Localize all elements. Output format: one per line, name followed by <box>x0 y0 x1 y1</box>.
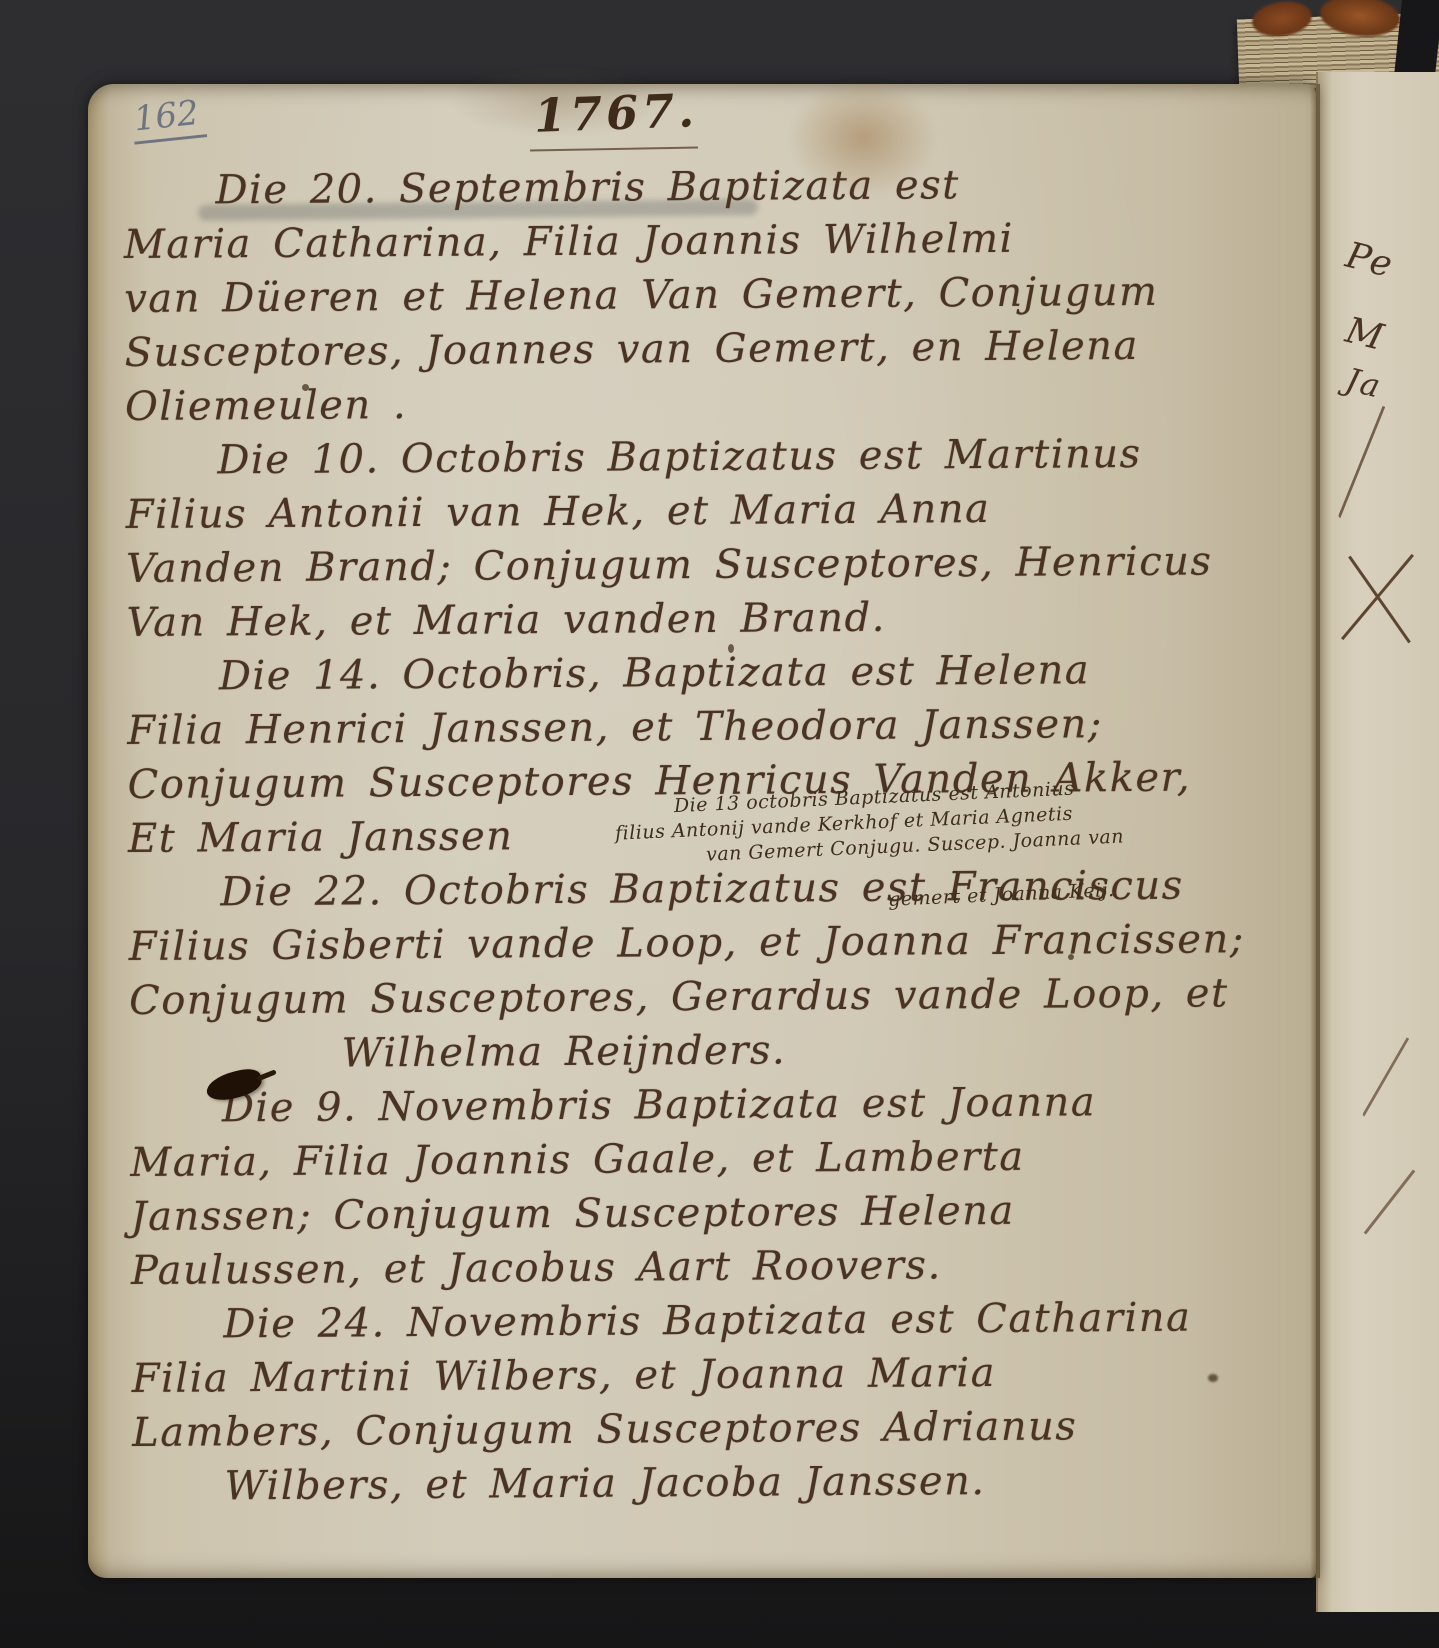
manuscript-line: Filius Gisberti vande Loop, et Joanna Fr… <box>129 912 1279 974</box>
manuscript-line: van Düeren et Helena Van Gemert, Conjugu… <box>124 264 1274 326</box>
manuscript-line: Die 10. Octobris Baptizatus est Martinus <box>217 426 1275 487</box>
manuscript-line: Van Hek, et Maria vanden Brand. <box>126 588 1276 650</box>
manuscript-line: Filia Henrici Janssen, et Theodora Janss… <box>127 696 1277 758</box>
manuscript-line: Die 14. Octobris, Baptizata est Helena <box>219 642 1277 703</box>
manuscript-line: Paulussen, et Jacobus Aart Roovers. <box>131 1236 1281 1298</box>
manuscript-page: 162 1767. Die 20. Septembris Baptizata e… <box>88 84 1316 1578</box>
manuscript-line: Wilbers, et Maria Jacoba Janssen. <box>224 1452 1282 1513</box>
manuscript-line: Filius Antonii van Hek, et Maria Anna <box>126 480 1276 542</box>
page-fold-shadow <box>1310 84 1320 1578</box>
background-shadow <box>1394 0 1439 76</box>
pen-flourish <box>1362 1037 1410 1116</box>
ink-speck <box>302 384 309 391</box>
manuscript-line: Lambers, Conjugum Susceptores Adrianus <box>132 1398 1282 1460</box>
handwriting-fragment: M <box>1342 310 1390 359</box>
manuscript-line: Die 9. Novembris Baptizata est Joanna <box>222 1074 1280 1135</box>
manuscript-line: Maria, Filia Joannis Gaale, et Lamberta <box>130 1128 1280 1190</box>
ink-speck <box>1208 1374 1218 1382</box>
handwriting-fragment: Pe <box>1342 235 1398 286</box>
manuscript-line: Maria Catharina, Filia Joannis Wilhelmi <box>124 210 1274 272</box>
manuscript-line: Vanden Brand; Conjugum Susceptores, Henr… <box>126 534 1276 596</box>
pen-flourish <box>1338 406 1386 518</box>
pen-flourish <box>1364 1170 1416 1235</box>
manuscript-line: Filia Martini Wilbers, et Joanna Maria <box>132 1344 1282 1406</box>
manuscript-line: Oliemeulen . <box>125 372 1275 434</box>
manuscript-scan: { "colors":{ "background_top":"#2e2e31",… <box>0 0 1439 1648</box>
manuscript-line: Wilhelma Reijnders. <box>341 1020 1279 1081</box>
year-underline <box>530 147 698 152</box>
manuscript-line: Die 20. Septembris Baptizata est <box>215 156 1273 217</box>
page-number: 162 <box>130 92 207 144</box>
manuscript-line: Conjugum Susceptores, Gerardus vande Loo… <box>129 966 1279 1028</box>
manuscript-line: Susceptores, Joannes van Gemert, en Hele… <box>124 318 1274 380</box>
manuscript-line: Die 24. Novembris Baptizata est Catharin… <box>223 1290 1281 1351</box>
year-heading: 1767. <box>533 83 699 143</box>
ink-speck <box>728 644 734 653</box>
manuscript-line: Janssen; Conjugum Susceptores Helena <box>130 1182 1280 1244</box>
ink-speck <box>1068 954 1074 960</box>
facing-page: PeMJa <box>1316 72 1439 1612</box>
handwriting-fragment: Ja <box>1342 360 1386 406</box>
